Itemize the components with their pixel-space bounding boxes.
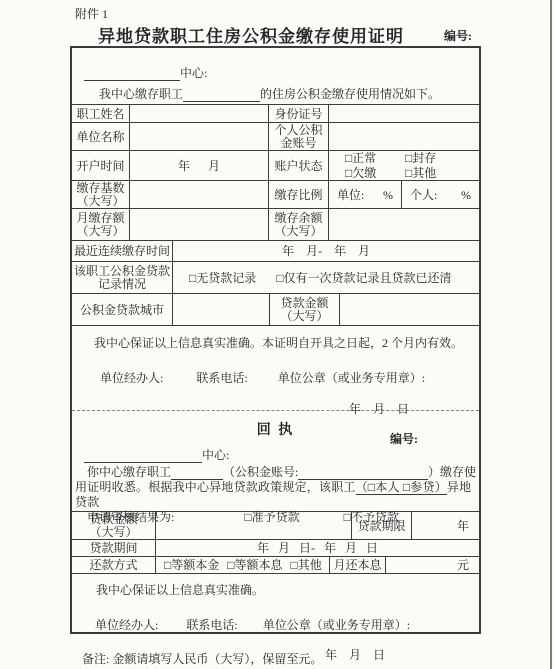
receipt-policy-text: 用证明收悉。根据我中心异地贷款政策规定，该职工: [75, 480, 356, 494]
receipt-body-line3: 申请审核结果为:□准予贷款□不予贷款: [87, 510, 479, 525]
capital-note: （大写）: [76, 195, 124, 208]
checkbox-loan-denied: □不予贷款: [344, 510, 399, 524]
percent-sign: %: [461, 188, 471, 202]
personal-ratio-label: 个人:: [410, 188, 437, 202]
loan-amount-label: 贷款金额 （大写）: [269, 294, 339, 325]
deposit-ratio-label: 缴存比例: [268, 181, 328, 208]
phone-label: 联系电话:: [186, 616, 237, 633]
phone-label: 联系电话:: [196, 369, 247, 386]
table-row: 贷款期间 年 月 日- 年 月 日: [72, 539, 479, 556]
table-row: 单位名称 个人公积 金账号: [72, 122, 479, 150]
center-suffix: 中心:: [180, 66, 207, 80]
table-row: 该职工公积金贷款 记录情况 □无贷款记录 □仅有一次贷款记录且贷款已还清: [72, 261, 479, 293]
unit-ratio-cell: 单位: %: [328, 181, 401, 208]
intro-prefix: 我中心缴存职工: [99, 87, 183, 101]
loan-record-label: 该职工公积金贷款 记录情况: [72, 262, 172, 293]
handler-label: 单位经办人:: [95, 616, 158, 633]
personal-ratio-cell: 个人: %: [401, 181, 479, 208]
form-title: 异地贷款职工住房公积金缴存使用证明: [98, 22, 404, 47]
employee-name-label: 职工姓名: [72, 105, 129, 122]
personal-account-value: [328, 123, 479, 150]
checkbox-one-loan-repaid: □仅有一次贷款记录且贷款已还清: [276, 271, 451, 285]
id-number-value: [328, 105, 479, 122]
deposit-balance-value: [328, 209, 479, 240]
loan-record-options: □无贷款记录 □仅有一次贷款记录且贷款已还清: [172, 262, 479, 293]
receipt-body-line1: 你中心缴存职工（公积金账号:）缴存使: [87, 465, 476, 480]
checkbox-status-arrears: □欠缴: [345, 166, 405, 181]
repayment-method-label: 还款方式: [72, 557, 155, 573]
checkbox-loan-approved: □准予贷款: [244, 510, 299, 524]
intro-suffix: 的住房公积金缴存使用情况如下。: [260, 87, 440, 101]
table-row: 缴存基数 （大写） 缴存比例 单位: % 个人: %: [72, 180, 479, 208]
personal-account-label-line1: 个人公积: [274, 124, 322, 137]
repayment-method-options: □等额本金 □等额本息 □其他: [155, 557, 329, 573]
date-line: 年 月 日: [325, 646, 479, 663]
footnote: 备注: 金额请填写人民币（大写），保留至元。: [82, 650, 322, 667]
loan-amount-value: [339, 294, 479, 325]
receipt-serial-label: 编号:: [390, 430, 418, 447]
loan-period-value: 年 月 日- 年 月 日: [155, 540, 479, 556]
receipt-line1-suffix: ）缴存使: [428, 465, 476, 480]
checkbox-status-normal: □正常: [345, 151, 405, 166]
personal-account-label-line2: 金账号: [280, 137, 316, 150]
certify-statement: 我中心保证以上信息真实准确。本证明自开具之日起，2 个月内有效。: [94, 334, 479, 351]
title-row: 异地贷款职工住房公积金缴存使用证明 编号:: [0, 22, 502, 47]
handler-label: 单位经办人:: [100, 369, 163, 386]
loan-city-label: 公积金贷款城市: [72, 294, 172, 325]
open-date-value: 年 月: [129, 151, 268, 180]
table-row: 还款方式 □等额本金 □等额本息 □其他 月还本息 元: [72, 556, 479, 573]
monthly-deposit-label: 月缴存额 （大写）: [72, 209, 129, 240]
checkbox-self-or-coborrower: （□本人 □参贷）: [356, 480, 447, 495]
id-number-label: 身份证号: [268, 105, 328, 122]
personal-account-label: 个人公积 金账号: [268, 123, 328, 150]
serial-number-label: 编号:: [444, 27, 472, 44]
seal-label: 单位公章（或业务专用章）:: [263, 616, 410, 633]
open-date-label: 开户时间: [72, 151, 129, 180]
monthly-deposit-value: [129, 209, 268, 240]
table-row: 开户时间 年 月 账户状态 □正常 □封存 □欠缴 □其他: [72, 150, 479, 180]
deposit-base-label: 缴存基数 （大写）: [72, 181, 129, 208]
attachment-label: 附件 1: [75, 5, 108, 22]
deposit-base-label-line1: 缴存基数: [76, 182, 124, 195]
capital-note: （大写）: [76, 225, 124, 238]
unit-ratio-label: 单位:: [337, 188, 364, 202]
certificate-signature-section: 我中心保证以上信息真实准确。本证明自开具之日起，2 个月内有效。 单位经办人: …: [72, 325, 479, 410]
recent-period-label: 最近连续缴存时间: [72, 241, 172, 261]
intro-line-employee: 我中心缴存职工的住房公积金缴存使用情况如下。: [99, 85, 479, 102]
employee-name-blank: [183, 88, 260, 102]
intro-line-center: 中心:: [84, 64, 479, 81]
tear-line-separator: [72, 410, 479, 411]
table-row: 最近连续缴存时间 年 月- 年 月: [72, 240, 479, 261]
account-status-options: □正常 □封存 □欠缴 □其他: [328, 151, 479, 180]
scan-edge-artifact: [550, 0, 552, 669]
checkbox-status-other: □其他: [405, 166, 436, 181]
receipt-employee-blank: [171, 466, 223, 480]
deposit-balance-label: 缴存余额 （大写）: [268, 209, 328, 240]
loan-record-label-line1: 该职工公积金贷款: [74, 265, 170, 278]
receipt-certify-statement: 我中心保证以上信息真实准确。: [96, 581, 479, 598]
certificate-intro: 中心: 我中心缴存职工的住房公积金缴存使用情况如下。: [72, 48, 479, 104]
checkbox-repay-other: □其他: [291, 558, 322, 572]
date-line: 年 月 日: [349, 400, 479, 417]
signature-row: 单位经办人: 联系电话: 单位公章（或业务专用章）:: [95, 616, 479, 633]
recent-period-value: 年 月- 年 月: [172, 241, 479, 261]
receipt-employee-prefix: 你中心缴存职工: [87, 465, 171, 480]
checkbox-equal-principal: □等额本金: [164, 558, 219, 572]
employee-name-value: [129, 105, 268, 122]
seal-label: 单位公章（或业务专用章）:: [278, 369, 425, 386]
receipt-center-suffix: 中心:: [202, 448, 229, 462]
account-status-label: 账户状态: [268, 151, 328, 180]
receipt-center-line: 中心:: [84, 446, 479, 463]
loan-amount-label-line1: 贷款金额: [280, 297, 328, 310]
table-row: 公积金贷款城市 贷款金额 （大写）: [72, 293, 479, 325]
deposit-balance-label-line1: 缴存余额: [274, 212, 322, 225]
monthly-repayment-label: 月还本息: [329, 557, 385, 573]
percent-sign: %: [383, 188, 393, 202]
capital-note: （大写）: [274, 225, 322, 238]
capital-note: （大写）: [89, 526, 137, 539]
deposit-base-value: [129, 181, 268, 208]
receipt-header: 回 执 编号: 中心: 你中心缴存职工（公积金账号:）缴存使 用证明收悉。根据我…: [72, 419, 479, 511]
loan-period-label: 贷款期间: [72, 540, 155, 556]
unit-name-value: [129, 123, 268, 150]
table-row: 月缴存额 （大写） 缴存余额 （大写）: [72, 208, 479, 240]
unit-name-label: 单位名称: [72, 123, 129, 150]
table-row: 职工姓名 身份证号: [72, 104, 479, 122]
checkbox-equal-installment: □等额本息: [227, 558, 282, 572]
receipt-body-line2: 用证明收悉。根据我中心异地贷款政策规定，该职工（□本人 □参贷）异地贷款: [75, 480, 477, 510]
receipt-account-prefix: （公积金账号:: [223, 465, 298, 480]
receipt-signature-section: 我中心保证以上信息真实准确。 单位经办人: 联系电话: 单位公章（或业务专用章）…: [72, 573, 479, 647]
monthly-deposit-label-line1: 月缴存额: [76, 212, 124, 225]
checkbox-no-loan-record: □无贷款记录: [189, 271, 256, 285]
center-name-blank: [84, 67, 180, 81]
monthly-repayment-value: 元: [385, 557, 479, 573]
loan-record-label-line2: 记录情况: [98, 278, 146, 291]
signature-row: 单位经办人: 联系电话: 单位公章（或业务专用章）:: [100, 369, 479, 386]
form-box: 中心: 我中心缴存职工的住房公积金缴存使用情况如下。 职工姓名 身份证号 单位名…: [70, 46, 481, 634]
scanned-form-page: 附件 1 异地贷款职工住房公积金缴存使用证明 编号: 中心: 我中心缴存职工的住…: [0, 0, 554, 669]
review-result-label: 申请审核结果为:: [87, 510, 174, 524]
checkbox-status-sealed: □封存: [405, 151, 436, 166]
receipt-center-name-blank: [84, 449, 202, 463]
capital-note: （大写）: [280, 310, 328, 323]
loan-city-value: [172, 294, 269, 325]
receipt-account-blank: [298, 466, 428, 480]
